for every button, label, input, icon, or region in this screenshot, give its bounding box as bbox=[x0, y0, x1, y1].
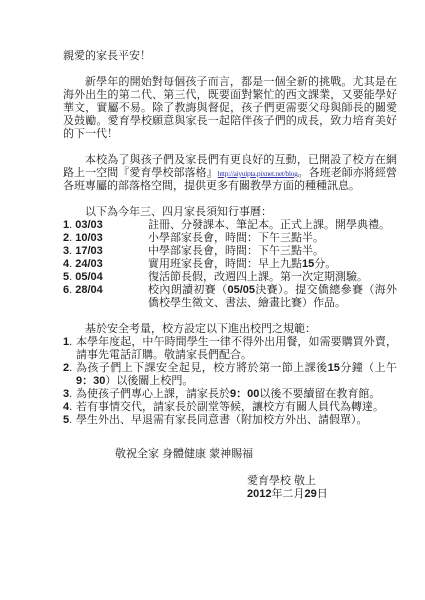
rule-item-number: 4. bbox=[63, 401, 76, 414]
schedule-item-date: 4. 24/03 bbox=[63, 258, 148, 271]
letter-page: 親愛的家長平安！ 新學年的開始對每個孩子而言，都是一個全新的挑戰。尤其是在海外出… bbox=[0, 0, 425, 600]
rule-item-number: 1. bbox=[63, 336, 76, 362]
rule-item: 4. 若有事情交代，請家長於副堂等候，讓校方有關人員代為轉達。 bbox=[63, 401, 397, 414]
schedule-item: 2. 10/03 小學部家長會，時間：下午三點半。 bbox=[63, 232, 397, 245]
schedule-intro: 以下為今年三、四月家長須知行事曆： bbox=[63, 206, 397, 219]
schedule-item-text: 中學部家長會，時間：下午三點半。 bbox=[148, 245, 397, 258]
schedule-item: 5. 05/04 復活節長假，改週四上課。第一次定期測驗。 bbox=[63, 271, 397, 284]
schedule-item-date: 6. 28/04 bbox=[63, 284, 148, 310]
schedule-item: 6. 28/04 校內朗讀初賽（05/05決賽）。提交僑總參賽（海外僑校學生徵文… bbox=[63, 284, 397, 310]
signature: 愛育學校 敬上 bbox=[247, 475, 397, 488]
rule-item-number: 2. bbox=[63, 362, 76, 388]
signature-block: 愛育學校 敬上 2012年二月29日 bbox=[63, 475, 397, 501]
rule-item-text: 學生外出、早退需有家長同意書（附加校方外出、請假單）。 bbox=[76, 414, 397, 427]
schedule-item-text: 復活節長假，改週四上課。第一次定期測驗。 bbox=[148, 271, 397, 284]
rule-item-text: 為使孩子們專心上課，請家長於9：00以後不要續留在教育館。 bbox=[76, 388, 397, 401]
schedule-item-text: 校內朗讀初賽（05/05決賽）。提交僑總參賽（海外僑校學生徵文、書法、繪畫比賽）… bbox=[148, 284, 397, 310]
schedule-item-text: 註冊、分發課本、筆記本。正式上課。開學典禮。 bbox=[148, 219, 397, 232]
schedule-item-date: 3. 17/03 bbox=[63, 245, 148, 258]
rule-item-text: 為孩子們上下課安全起見，校方將於第一節上課後15分鐘（上午9：30）以後關上校門… bbox=[76, 362, 397, 388]
schedule-item-date: 1. 03/03 bbox=[63, 219, 148, 232]
intro-paragraph: 新學年的開始對每個孩子而言，都是一個全新的挑戰。尤其是在海外出生的第二代、第三代… bbox=[63, 76, 397, 141]
blog-paragraph: 本校為了與孩子們及家長們有更良好的互動，已開設了校方在網路上一空間『愛育學校部落… bbox=[63, 154, 397, 193]
schedule-item-date: 2. 10/03 bbox=[63, 232, 148, 245]
rule-item: 2. 為孩子們上下課安全起見，校方將於第一節上課後15分鐘（上午9：30）以後關… bbox=[63, 362, 397, 388]
schedule-item: 3. 17/03 中學部家長會，時間：下午三點半。 bbox=[63, 245, 397, 258]
rule-item: 3. 為使孩子們專心上課，請家長於9：00以後不要續留在教育館。 bbox=[63, 388, 397, 401]
greeting: 親愛的家長平安！ bbox=[63, 50, 397, 63]
rule-item-text: 若有事情交代，請家長於副堂等候，讓校方有關人員代為轉達。 bbox=[76, 401, 397, 414]
blog-link[interactable]: http://aiyuipta.pixnet.net/blog bbox=[218, 169, 298, 178]
closing-blessing: 敬祝全家 身體健康 蒙神賜福 bbox=[63, 448, 397, 461]
rule-item: 5. 學生外出、早退需有家長同意書（附加校方外出、請假單）。 bbox=[63, 414, 397, 427]
letter-date: 2012年二月29日 bbox=[247, 488, 397, 501]
rules-list: 1. 本學年度起，中午時間學生一律不得外出用餐，如需要購買外賣，請事先電話訂購。… bbox=[63, 336, 397, 427]
schedule-list: 1. 03/03 註冊、分發課本、筆記本。正式上課。開學典禮。 2. 10/03… bbox=[63, 219, 397, 310]
schedule-item: 1. 03/03 註冊、分發課本、筆記本。正式上課。開學典禮。 bbox=[63, 219, 397, 232]
schedule-item: 4. 24/03 實用班家長會，時間：早上九點15分。 bbox=[63, 258, 397, 271]
schedule-item-text: 實用班家長會，時間：早上九點15分。 bbox=[148, 258, 397, 271]
rule-item-number: 5. bbox=[63, 414, 76, 427]
rule-item-number: 3. bbox=[63, 388, 76, 401]
schedule-item-date: 5. 05/04 bbox=[63, 271, 148, 284]
rule-item-text: 本學年度起，中午時間學生一律不得外出用餐，如需要購買外賣，請事先電話訂購。敬請家… bbox=[76, 336, 397, 362]
rules-intro: 基於安全考量，校方設定以下進出校門之規範： bbox=[63, 323, 397, 336]
schedule-item-text: 小學部家長會，時間：下午三點半。 bbox=[148, 232, 397, 245]
rule-item: 1. 本學年度起，中午時間學生一律不得外出用餐，如需要購買外賣，請事先電話訂購。… bbox=[63, 336, 397, 362]
